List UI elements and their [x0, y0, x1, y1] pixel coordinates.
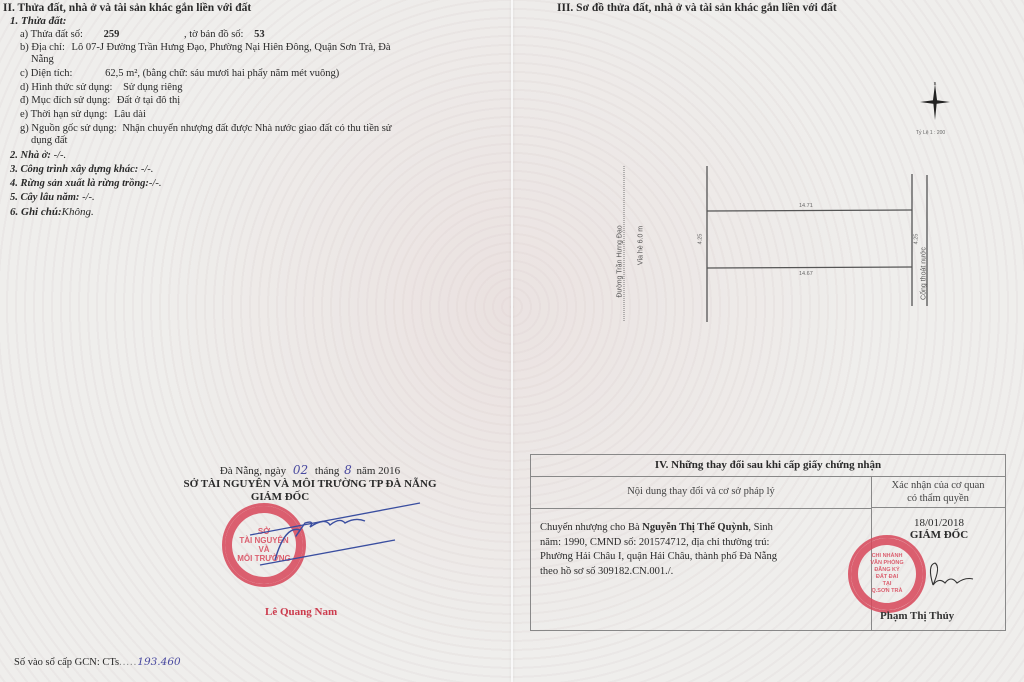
section-3-title: III. Sơ đồ thửa đất, nhà ở và tài sản kh… [557, 2, 837, 14]
purpose-row: đ) Mục đích sử dụng: Đất ở tại đô thị [20, 94, 180, 107]
column-header-change-content: Nội dung thay đổi và cơ sở pháp lý [531, 476, 872, 509]
signer-right: Phạm Thị Thủy [880, 610, 954, 622]
term-value: Lâu dài [114, 109, 146, 120]
item-planted-forest: 4. Rừng sản xuất là rừng trồng:-/-. [10, 177, 161, 190]
signature-left-icon [230, 495, 450, 575]
dim-right: 4.25 [913, 234, 919, 245]
issuing-agency: SỞ TÀI NGUYÊN VÀ MÔI TRƯỜNG TP ĐÀ NẴNG [130, 478, 490, 490]
registry-label: Số vào sổ cấp GCN: CTs [14, 657, 119, 668]
transferee-name: Nguyễn Thị Thể Quỳnh [642, 522, 748, 533]
origin-cont: dụng đất [31, 134, 67, 147]
north-arrow-icon: B [918, 82, 952, 122]
origin-label: g) Nguồn gốc sử dụng: [20, 123, 117, 134]
usage-form-value: Sử dụng riêng [123, 82, 182, 93]
map-label: , tờ bản đồ số: [184, 29, 244, 40]
usage-form-label: d) Hình thức sử dụng: [20, 82, 112, 93]
purpose-value: Đất ở tại đô thị [117, 95, 180, 106]
term-label: e) Thời hạn sử dụng: [20, 109, 107, 120]
dim-left: 4.25 [697, 234, 703, 245]
parcel-row: a) Thửa đất số: 259 , tờ bản đồ số: 53 [20, 28, 265, 41]
area-label: c) Diện tích: [20, 68, 72, 79]
item-notes: 6. Ghi chú:Không. [10, 206, 94, 219]
signer-left: Lê Quang Nam [265, 606, 337, 618]
signature-right-icon [915, 555, 985, 595]
purpose-label: đ) Mục đích sử dụng: [20, 95, 110, 106]
usage-form-row: d) Hình thức sử dụng: Sử dụng riêng [20, 81, 182, 94]
column-header-confirmation: Xác nhận của cơ quan có thẩm quyền [871, 476, 1005, 508]
parcel-label: a) Thửa đất số: [20, 29, 83, 40]
section-4-title: IV. Những thay đổi sau khi cấp giấy chứn… [531, 455, 1005, 477]
drain-label: Cống thoát nước [921, 239, 928, 309]
origin-row: g) Nguồn gốc sử dụng: Nhận chuyển nhượng… [20, 122, 392, 135]
area-row: c) Diện tích: 62,5 m², (bằng chữ: sáu mư… [20, 67, 339, 80]
registry-number: 193.460 [137, 656, 180, 668]
section-2-title: II. Thửa đất, nhà ở và tài sản khác gắn … [3, 2, 251, 14]
page-fold [511, 0, 513, 682]
area-value: 62,5 m², (bằng chữ: sáu mươi hai phẩy nă… [105, 68, 339, 79]
dim-bottom: 14.67 [799, 271, 813, 277]
address-label: b) Địa chỉ: [20, 42, 65, 53]
item-other-construction: 3. Công trình xây dựng khác: -/-. [10, 163, 153, 176]
address-row: b) Địa chỉ: Lô 07-J Đường Trần Hưng Đạo,… [20, 41, 391, 54]
issue-month: 8 [344, 463, 352, 477]
address-value: Lô 07-J Đường Trần Hưng Đạo, Phường Nại … [72, 42, 391, 53]
changes-table: IV. Những thay đổi sau khi cấp giấy chứn… [530, 454, 1006, 631]
issue-place-date: Đà Nẵng, ngày 02 tháng 8 năm 2016 [150, 463, 470, 477]
confirmation-date: 18/01/2018 [873, 517, 1005, 529]
registry-number-row: Số vào sổ cấp GCN: CTs.....193.460 [14, 656, 181, 669]
scale-label: Tỷ Lệ 1 : 200 [916, 130, 945, 136]
issue-day: 02 [293, 463, 308, 477]
item-house: 2. Nhà ở: -/-. [10, 149, 66, 162]
address-cont: Nẵng [31, 53, 54, 66]
street-label: Đường Trần Hưng Đạo [617, 212, 624, 312]
item-perennial-trees: 5. Cây lâu năm: -/-. [10, 191, 95, 204]
map-number: 53 [254, 29, 265, 40]
origin-value: Nhận chuyển nhượng đất được Nhà nước gia… [122, 123, 391, 134]
svg-text:B: B [934, 82, 937, 86]
land-heading: 1. Thửa đất: [10, 15, 66, 28]
parcel-number: 259 [104, 29, 120, 40]
sidewalk-label: Vỉa hè 6.0 m [638, 216, 645, 276]
term-row: e) Thời hạn sử dụng: Lâu dài [20, 108, 146, 121]
dim-top: 14.71 [799, 203, 813, 209]
change-entry: Chuyển nhượng cho Bà Nguyễn Thị Thể Quỳn… [540, 521, 870, 579]
